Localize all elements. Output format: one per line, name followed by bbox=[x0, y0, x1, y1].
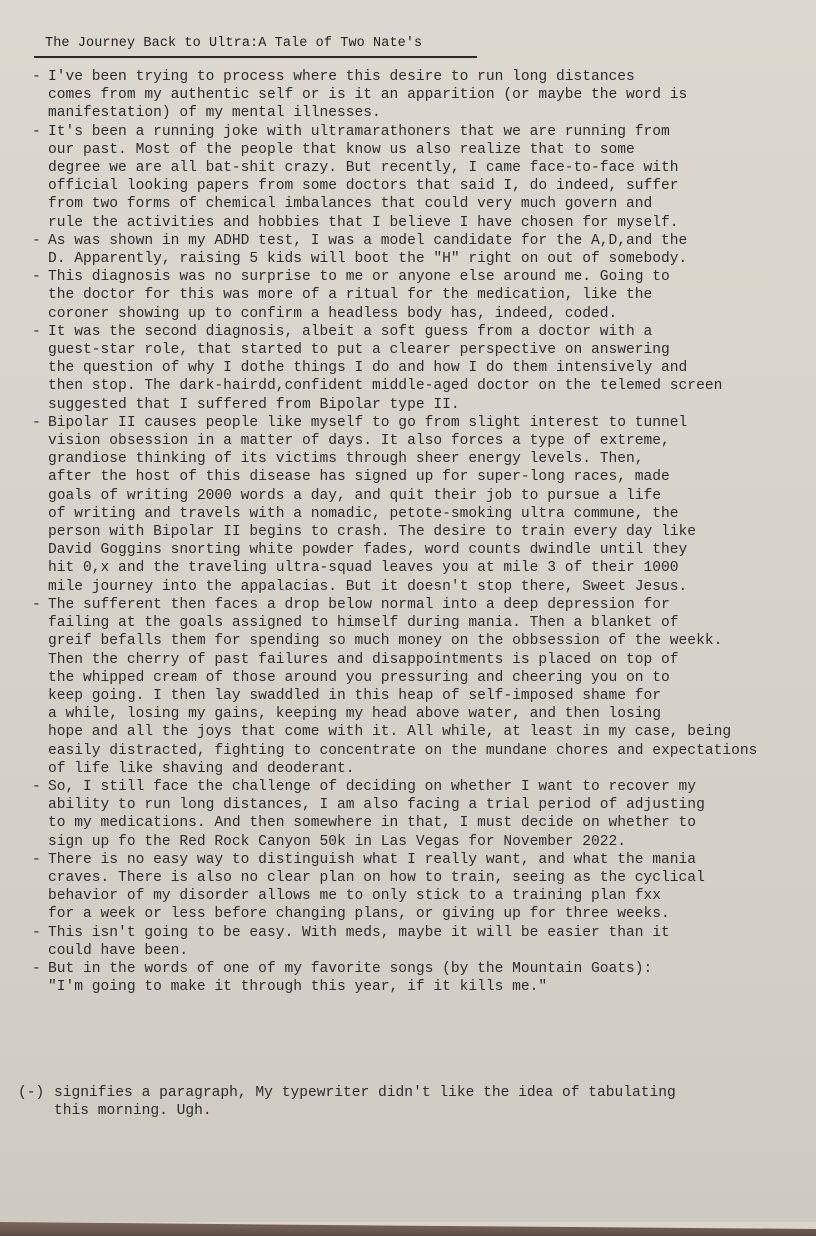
table-surface bbox=[0, 1220, 816, 1236]
text-line: hit 0,x and the traveling ultra-squad le… bbox=[48, 559, 816, 577]
text-line: Then the cherry of past failures and dis… bbox=[48, 651, 816, 669]
text-line: the doctor for this was more of a ritual… bbox=[48, 286, 816, 304]
text-line: a while, losing my gains, keeping my hea… bbox=[48, 705, 816, 723]
footnote-text: signifies a paragraph, My typewriter did… bbox=[18, 1084, 676, 1120]
text-line: person with Bipolar II begins to crash. … bbox=[48, 523, 816, 541]
text-line: manifestation) of my mental illnesses. bbox=[48, 104, 816, 122]
text-line: ability to run long distances, I am also… bbox=[48, 796, 816, 814]
paragraph-dash-marker: - bbox=[32, 778, 41, 796]
text-line: of life like shaving and deoderant. bbox=[48, 760, 816, 778]
paragraph: -This diagnosis was no surprise to me or… bbox=[30, 268, 816, 323]
paragraph: -Bipolar II causes people like myself to… bbox=[30, 414, 816, 596]
text-line: for a week or less before changing plans… bbox=[48, 905, 816, 923]
text-line: our past. Most of the people that know u… bbox=[48, 141, 816, 159]
paragraph: -It's been a running joke with ultramara… bbox=[30, 123, 816, 232]
paragraph: -There is no easy way to distinguish wha… bbox=[30, 851, 816, 924]
paragraph: -The sufferent then faces a drop below n… bbox=[30, 596, 816, 778]
text-line: easily distracted, fighting to concentra… bbox=[48, 742, 816, 760]
paragraph: -So, I still face the challenge of decid… bbox=[30, 778, 816, 851]
paragraph: -It was the second diagnosis, albeit a s… bbox=[30, 323, 816, 414]
text-line: David Goggins snorting white powder fade… bbox=[48, 541, 816, 559]
text-line: comes from my authentic self or is it an… bbox=[48, 86, 816, 104]
text-line: greif befalls them for spending so much … bbox=[48, 632, 816, 650]
paragraph-dash-marker: - bbox=[32, 123, 41, 141]
paragraph: -I've been trying to process where this … bbox=[30, 68, 816, 123]
text-line: D. Apparently, raising 5 kids will boot … bbox=[48, 250, 816, 268]
text-line: This isn't going to be easy. With meds, … bbox=[48, 924, 816, 942]
document-title: The Journey Back to Ultra:A Tale of Two … bbox=[45, 36, 422, 51]
paragraph: -As was shown in my ADHD test, I was a m… bbox=[30, 232, 816, 268]
text-line: The sufferent then faces a drop below no… bbox=[48, 596, 816, 614]
text-line: rule the activities and hobbies that I b… bbox=[48, 214, 816, 232]
text-line: of writing and travels with a nomadic, p… bbox=[48, 505, 816, 523]
text-line: to my medications. And then somewhere in… bbox=[48, 814, 816, 832]
text-line: coroner showing up to confirm a headless… bbox=[48, 305, 816, 323]
text-line: It's been a running joke with ultramarat… bbox=[48, 123, 816, 141]
text-line: This diagnosis was no surprise to me or … bbox=[48, 268, 816, 286]
footnote-line: this morning. Ugh. bbox=[54, 1102, 676, 1120]
paragraph-dash-marker: - bbox=[32, 924, 41, 942]
paragraph-dash-marker: - bbox=[32, 960, 41, 978]
text-line: craves. There is also no clear plan on h… bbox=[48, 869, 816, 887]
typewritten-page: The Journey Back to Ultra:A Tale of Two … bbox=[0, 0, 816, 1222]
title-underline bbox=[34, 56, 477, 58]
paragraph-dash-marker: - bbox=[32, 851, 41, 869]
paragraph-dash-marker: - bbox=[32, 596, 41, 614]
text-line: guest-star role, that started to put a c… bbox=[48, 341, 816, 359]
paragraph-dash-marker: - bbox=[32, 68, 41, 86]
text-line: then stop. The dark-hairdd,confident mid… bbox=[48, 377, 816, 395]
text-line: sign up fo the Red Rock Canyon 50k in La… bbox=[48, 833, 816, 851]
text-line: vision obsession in a matter of days. It… bbox=[48, 432, 816, 450]
text-line: the whipped cream of those around you pr… bbox=[48, 669, 816, 687]
text-line: failing at the goals assigned to himself… bbox=[48, 614, 816, 632]
text-line: mile journey into the appalacias. But it… bbox=[48, 578, 816, 596]
text-line: As was shown in my ADHD test, I was a mo… bbox=[48, 232, 816, 250]
paragraph-dash-marker: - bbox=[32, 232, 41, 250]
paragraph: -But in the words of one of my favorite … bbox=[30, 960, 816, 996]
paragraph-dash-marker: - bbox=[32, 323, 41, 341]
text-line: behavior of my disorder allows me to onl… bbox=[48, 887, 816, 905]
text-line: suggested that I suffered from Bipolar t… bbox=[48, 396, 816, 414]
footnote-line: signifies a paragraph, My typewriter did… bbox=[54, 1084, 676, 1102]
text-line: I've been trying to process where this d… bbox=[48, 68, 816, 86]
text-line: could have been. bbox=[48, 942, 816, 960]
text-line: But in the words of one of my favorite s… bbox=[48, 960, 816, 978]
text-line: degree we are all bat-shit crazy. But re… bbox=[48, 159, 816, 177]
document-body: -I've been trying to process where this … bbox=[30, 68, 816, 996]
text-line: from two forms of chemical imbalances th… bbox=[48, 195, 816, 213]
text-line: It was the second diagnosis, albeit a so… bbox=[48, 323, 816, 341]
paragraph-dash-marker: - bbox=[32, 414, 41, 432]
text-line: official looking papers from some doctor… bbox=[48, 177, 816, 195]
text-line: the question of why I dothe things I do … bbox=[48, 359, 816, 377]
text-line: keep going. I then lay swaddled in this … bbox=[48, 687, 816, 705]
paragraph: -This isn't going to be easy. With meds,… bbox=[30, 924, 816, 960]
text-line: Bipolar II causes people like myself to … bbox=[48, 414, 816, 432]
footnote-mark: (-) bbox=[18, 1084, 44, 1102]
text-line: goals of writing 2000 words a day, and q… bbox=[48, 487, 816, 505]
text-line: "I'm going to make it through this year,… bbox=[48, 978, 816, 996]
footnote: (-) signifies a paragraph, My typewriter… bbox=[18, 1084, 676, 1120]
text-line: hope and all the joys that come with it.… bbox=[48, 723, 816, 741]
text-line: There is no easy way to distinguish what… bbox=[48, 851, 816, 869]
text-line: grandiose thinking of its victims throug… bbox=[48, 450, 816, 468]
paragraph-dash-marker: - bbox=[32, 268, 41, 286]
text-line: So, I still face the challenge of decidi… bbox=[48, 778, 816, 796]
text-line: after the host of this disease has signe… bbox=[48, 468, 816, 486]
